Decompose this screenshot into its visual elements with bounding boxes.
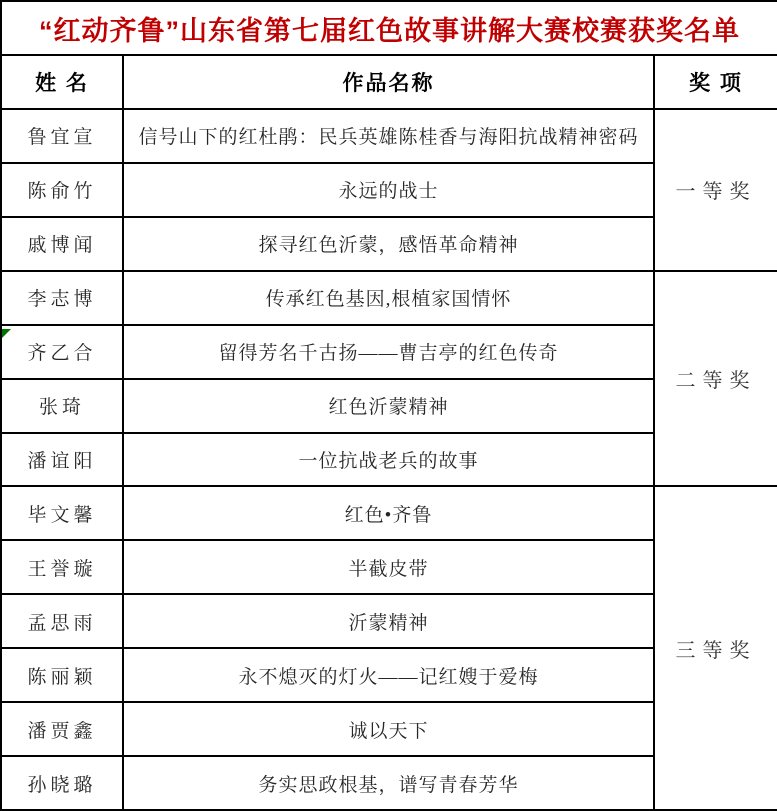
work-cell: 永远的战士 [123,163,654,217]
award-table-body: “红动齐鲁”山东省第七届红色故事讲解大赛校赛获奖名单 姓 名 作品名称 奖 项 … [1,1,777,810]
page-title: “红动齐鲁”山东省第七届红色故事讲解大赛校赛获奖名单 [1,1,777,55]
name-cell: 鲁宜宣 [1,109,123,163]
work-cell: 探寻红色沂蒙，感悟革命精神 [123,217,654,271]
name-cell: 毕文馨 [1,486,123,540]
work-cell: 诚以天下 [123,702,654,756]
header-row: 姓 名 作品名称 奖 项 [1,55,777,109]
table-row: 李志博传承红色基因,根植家国情怀二等奖 [1,271,777,325]
work-cell: 一位抗战老兵的故事 [123,433,654,487]
work-cell: 沂蒙精神 [123,594,654,648]
award-cell: 一等奖 [654,109,777,271]
name-cell: 孙晓璐 [1,756,123,810]
name-cell: 陈俞竹 [1,163,123,217]
name-cell: 王誉璇 [1,540,123,594]
name-cell: 陈丽颖 [1,648,123,702]
name-cell: 戚博闻 [1,217,123,271]
award-cell: 二等奖 [654,271,777,487]
work-cell: 永不熄灭的灯火——记红嫂于爱梅 [123,648,654,702]
name-cell: 李志博 [1,271,123,325]
work-cell: 红色•齐鲁 [123,486,654,540]
name-cell: 张琦 [1,379,123,433]
column-header-name: 姓 名 [1,55,123,109]
name-cell: 潘贾鑫 [1,702,123,756]
work-cell: 半截皮带 [123,540,654,594]
award-table: “红动齐鲁”山东省第七届红色故事讲解大赛校赛获奖名单 姓 名 作品名称 奖 项 … [0,0,777,811]
table-row: 鲁宜宣信号山下的红杜鹃：民兵英雄陈桂香与海阳抗战精神密码一等奖 [1,109,777,163]
name-cell: 齐乙合 [1,325,123,379]
work-cell: 务实思政根基，谱写青春芳华 [123,756,654,810]
award-cell: 三等奖 [654,486,777,810]
name-cell: 潘谊阳 [1,433,123,487]
column-header-work: 作品名称 [123,55,654,109]
document-page: “红动齐鲁”山东省第七届红色故事讲解大赛校赛获奖名单 姓 名 作品名称 奖 项 … [0,0,777,811]
work-cell: 红色沂蒙精神 [123,379,654,433]
name-cell: 孟思雨 [1,594,123,648]
green-triangle-marker-icon [2,329,11,338]
work-cell: 信号山下的红杜鹃：民兵英雄陈桂香与海阳抗战精神密码 [123,109,654,163]
table-row: 毕文馨红色•齐鲁三等奖 [1,486,777,540]
column-header-award: 奖 项 [654,55,777,109]
work-cell: 留得芳名千古扬——曹吉亭的红色传奇 [123,325,654,379]
title-row: “红动齐鲁”山东省第七届红色故事讲解大赛校赛获奖名单 [1,1,777,55]
work-cell: 传承红色基因,根植家国情怀 [123,271,654,325]
